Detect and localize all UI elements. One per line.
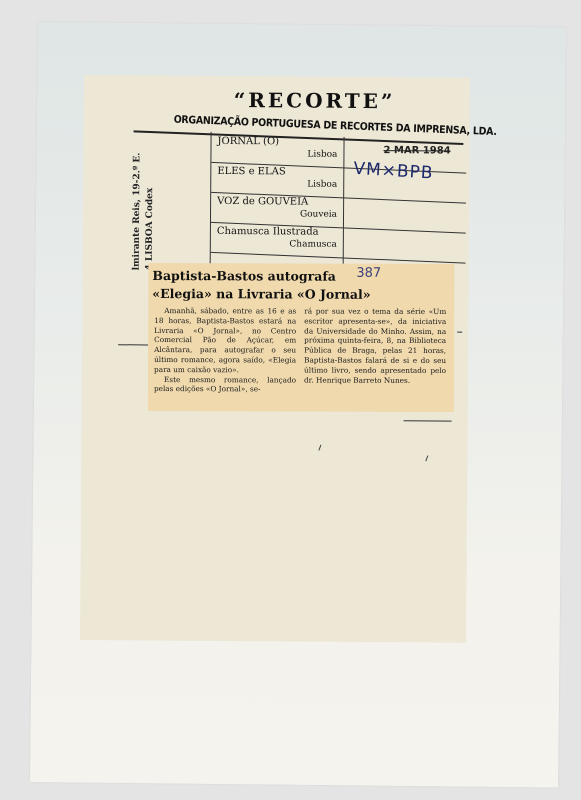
publication-name: JORNAL (O) (218, 136, 280, 147)
headline-line: Baptista-Bastos autografa (152, 267, 370, 286)
address-line: 4 LISBOA Codex (144, 130, 158, 270)
publication-city: Lisboa (307, 180, 337, 190)
article-column-left: Amanhã, sábado, entre as 16 e as 18 hora… (154, 306, 296, 395)
handwritten-number: 387 (356, 266, 381, 281)
address-line: lmirante Reis, 19-2.º E. (131, 130, 145, 270)
ink-mark (318, 445, 321, 451)
divider (404, 420, 452, 421)
clipping-card: “RECORTE” ORGANIZAÇÃO PORTUGUESA DE RECO… (80, 75, 470, 643)
date-stamp: 2 MAR 1984 (383, 145, 450, 156)
divider (343, 137, 345, 275)
handwritten-code: VM×BPB (353, 159, 434, 184)
publication-city: Chamusca (289, 239, 336, 249)
publication-row: Chamusca Ilustrada Chamusca (213, 224, 341, 253)
agency-title: “RECORTE” (234, 88, 396, 113)
article-paragraph: Amanhã, sábado, entre as 16 e as 18 hora… (154, 306, 296, 375)
agency-address: lmirante Reis, 19-2.º E. 4 LISBOA Codex (131, 130, 158, 270)
publication-row: VOZ de GOUVEIA Gouveia (213, 194, 341, 223)
headline-line: «Elegia» na Livraria «O Jornal» (152, 285, 370, 304)
publication-city: Gouveia (300, 210, 337, 220)
newspaper-article: Baptista-Bastos autografa «Elegia» na Li… (148, 263, 455, 412)
article-headline: Baptista-Bastos autografa «Elegia» na Li… (152, 267, 370, 304)
divider (118, 344, 148, 345)
divider (211, 252, 466, 264)
publication-city: Lisboa (307, 150, 337, 160)
ink-mark (425, 455, 428, 461)
divider (457, 332, 462, 333)
publication-name: VOZ de GOUVEIA (217, 196, 308, 208)
publication-name: Chamusca Ilustrada (217, 226, 319, 238)
publication-row: JORNAL (O) Lisboa (213, 134, 341, 163)
article-column-right: rá por sua vez o tema da série «Um escri… (304, 307, 446, 386)
publication-name: ELES e ELAS (217, 166, 285, 177)
article-paragraph: rá por sua vez o tema da série «Um escri… (304, 307, 446, 386)
publication-row: ELES e ELAS Lisboa (213, 164, 341, 193)
article-paragraph: Este mesmo romance, lançado pelas ediçõe… (154, 375, 296, 395)
